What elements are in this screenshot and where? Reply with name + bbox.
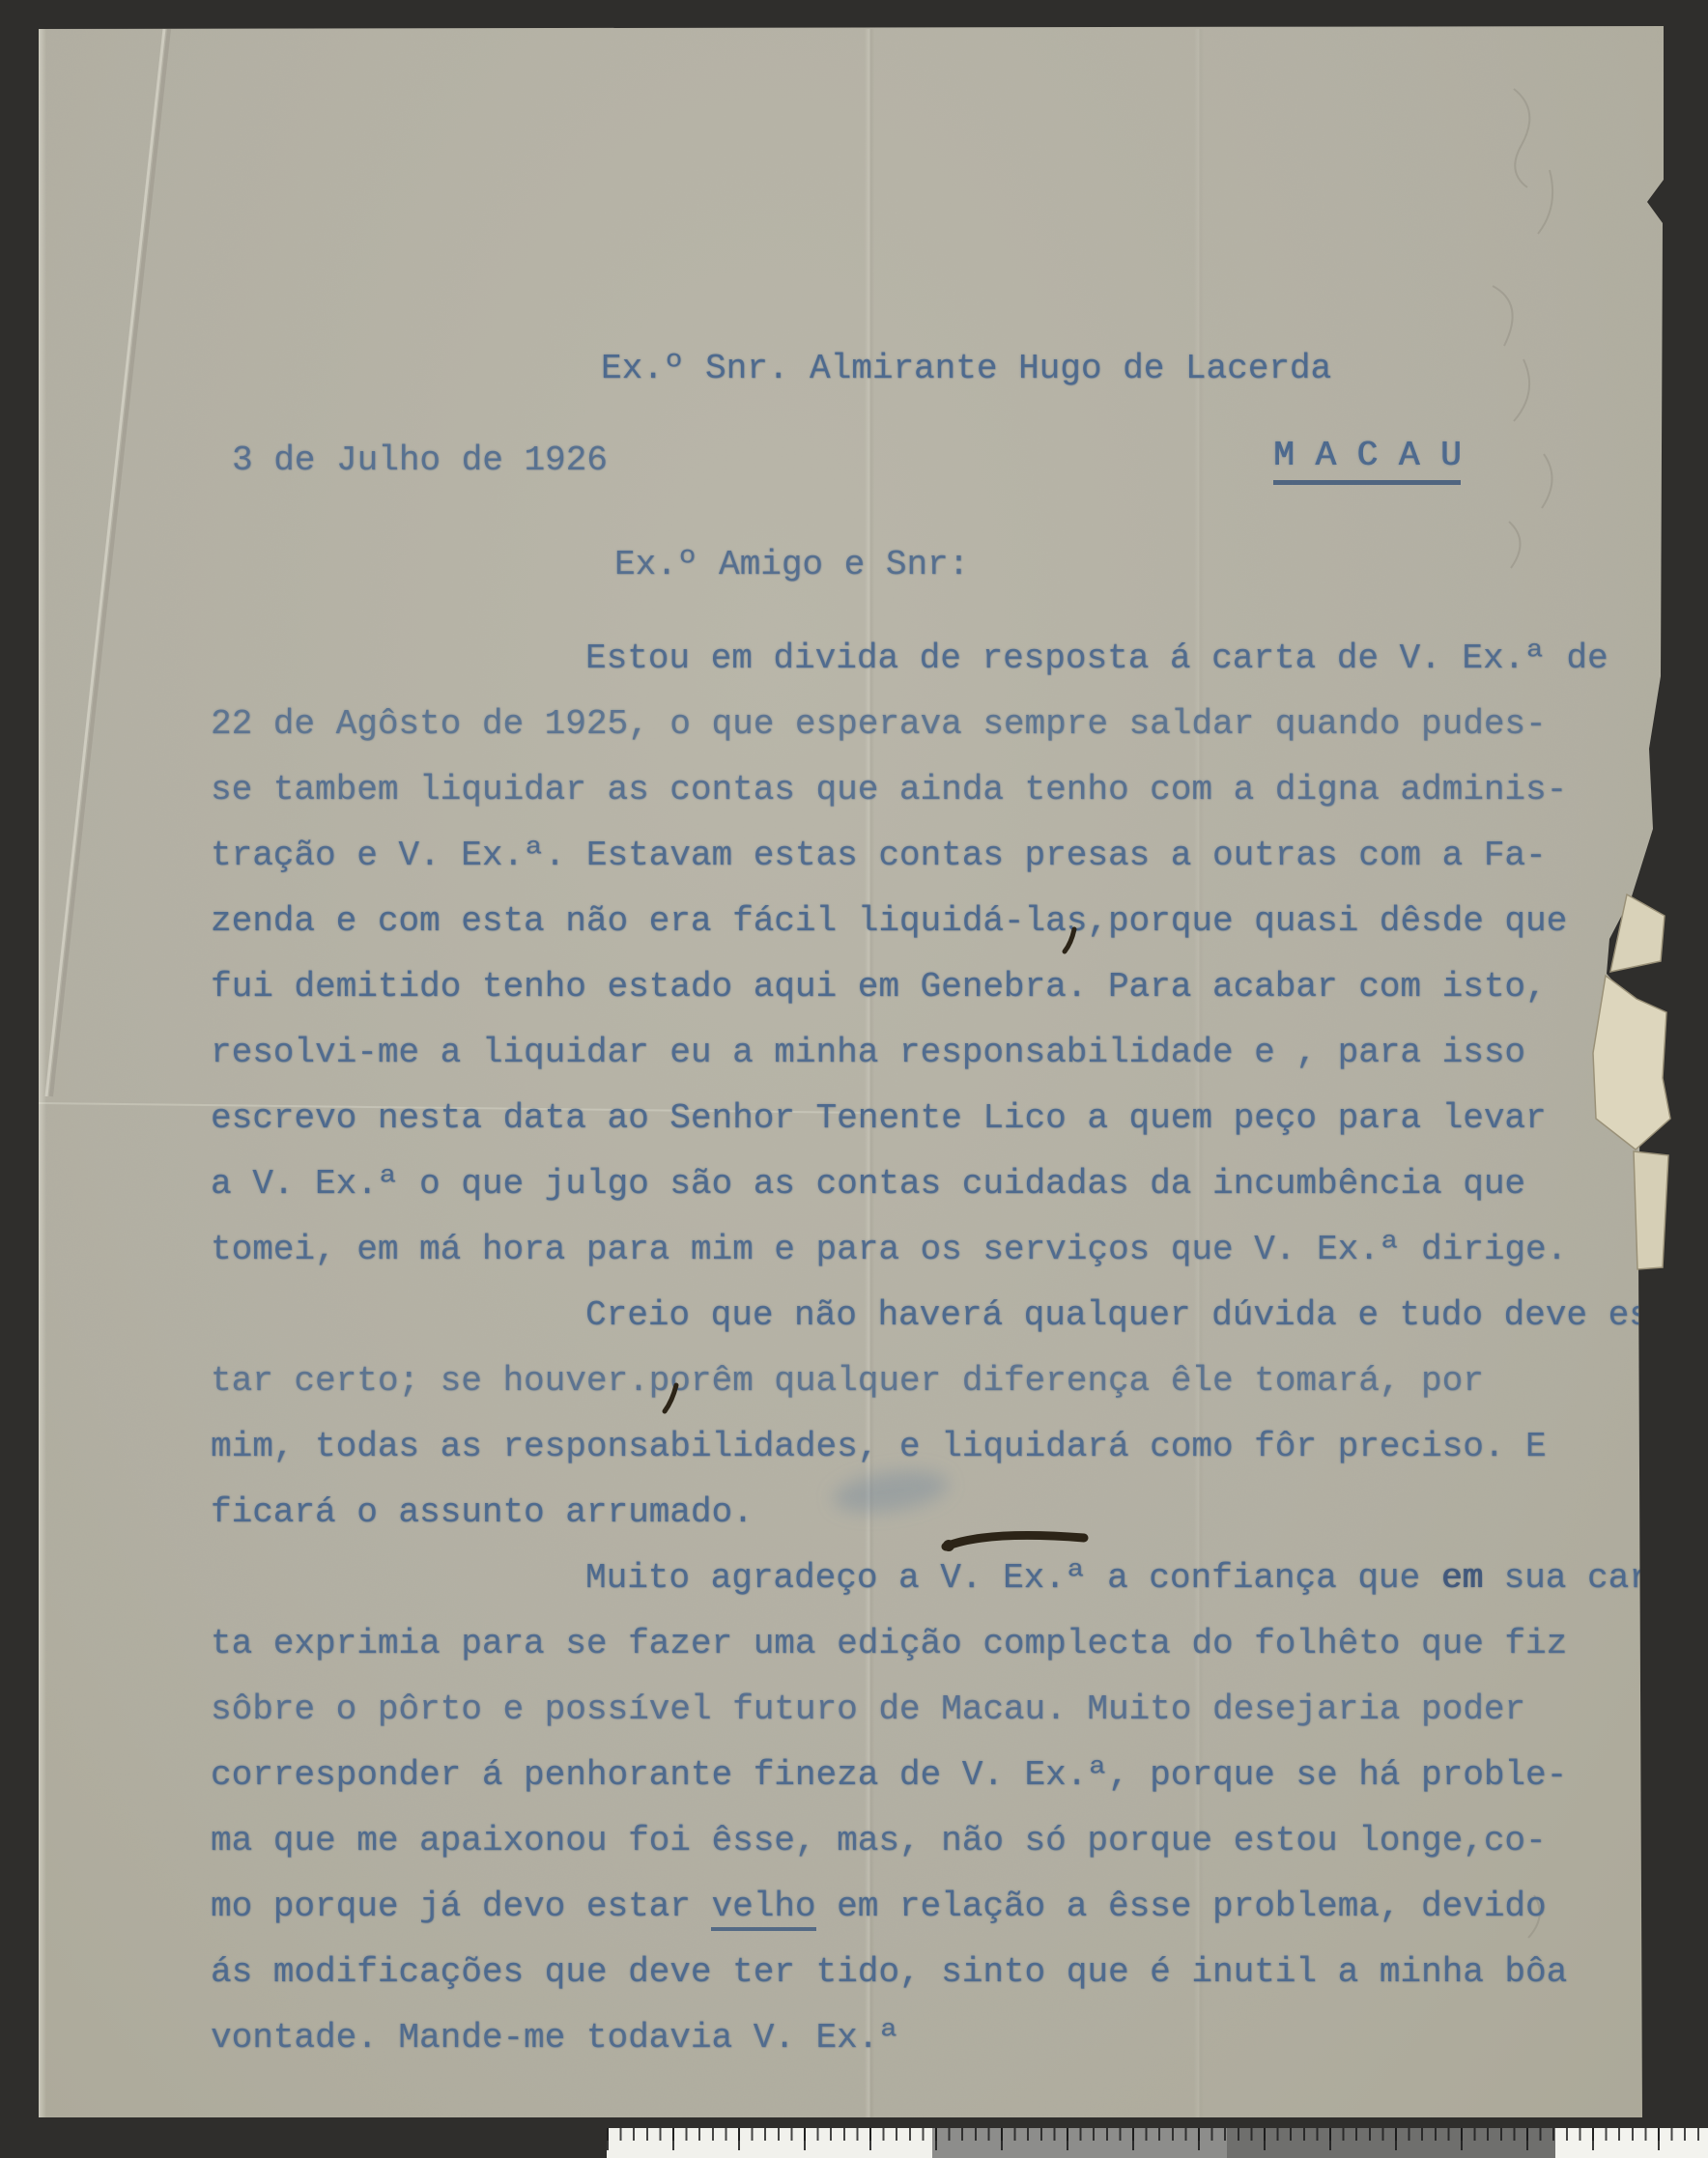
- typed-line: tomei, em má hora para mim e para os ser…: [211, 1229, 1567, 1271]
- typed-line: Estou em divida de resposta á carta de V…: [211, 638, 1608, 680]
- typed-line: corresponder á penhorante fineza de V. E…: [211, 1754, 1567, 1797]
- letter-text: Ex.º Snr. Almirante Hugo de Lacerda 3 de…: [0, 0, 1708, 2158]
- typed-line: 22 de Agôsto de 1925, o que esperava sem…: [211, 703, 1547, 746]
- typed-line: Creio que não haverá qualquer dúvida e t…: [211, 1294, 1670, 1337]
- typed-line: sôbre o pôrto e possível futuro de Macau…: [211, 1689, 1525, 1731]
- typed-line: ta exprimia para se fazer uma edição com…: [211, 1623, 1567, 1665]
- salutation-line: Ex.º Amigo e Snr:: [614, 544, 969, 586]
- typed-line: escrevo nesta data ao Senhor Tenente Lic…: [211, 1097, 1547, 1140]
- typed-line: a V. Ex.ª o que julgo são as contas cuid…: [211, 1163, 1525, 1206]
- date-line: 3 de Julho de 1926: [232, 440, 608, 482]
- typed-line: tração e V. Ex.ª. Estavam estas contas p…: [211, 835, 1547, 877]
- typed-line: ficará o assunto arrumado.: [211, 1491, 754, 1534]
- typed-line: vontade. Mande-me todavia V. Ex.ª: [211, 2017, 899, 2059]
- typed-line: zenda e com esta não era fácil liquidá-l…: [211, 900, 1567, 943]
- scan-background: { "document": { "kind": "typewritten-let…: [0, 0, 1708, 2158]
- typed-line: Muito agradeço a V. Ex.ª a confiança que…: [211, 1557, 1670, 1600]
- typed-line: se tambem liquidar as contas que ainda t…: [211, 769, 1567, 811]
- place-line: M A C A U: [1273, 435, 1461, 485]
- letter-page: Ex.º Snr. Almirante Hugo de Lacerda 3 de…: [0, 0, 1708, 2158]
- addressee-line: Ex.º Snr. Almirante Hugo de Lacerda: [601, 348, 1331, 390]
- typed-line: mo porque já devo estar velho em relação…: [211, 1886, 1547, 1928]
- typed-line: mim, todas as responsabilidades, e liqui…: [211, 1426, 1547, 1468]
- scale-ruler: [607, 2128, 1708, 2158]
- typed-line: fui demitido tenho estado aqui em Genebr…: [211, 966, 1547, 1008]
- typed-line: tar certo; se houver.porêm qualquer dife…: [211, 1360, 1484, 1403]
- ruler-ticks: [607, 2128, 1708, 2150]
- typed-line: resolvi-me a liquidar eu a minha respons…: [211, 1032, 1525, 1074]
- typed-line: ma que me apaixonou foi êsse, mas, não s…: [211, 1820, 1547, 1862]
- typed-line: ás modificações que deve ter tido, sinto…: [211, 1951, 1567, 1994]
